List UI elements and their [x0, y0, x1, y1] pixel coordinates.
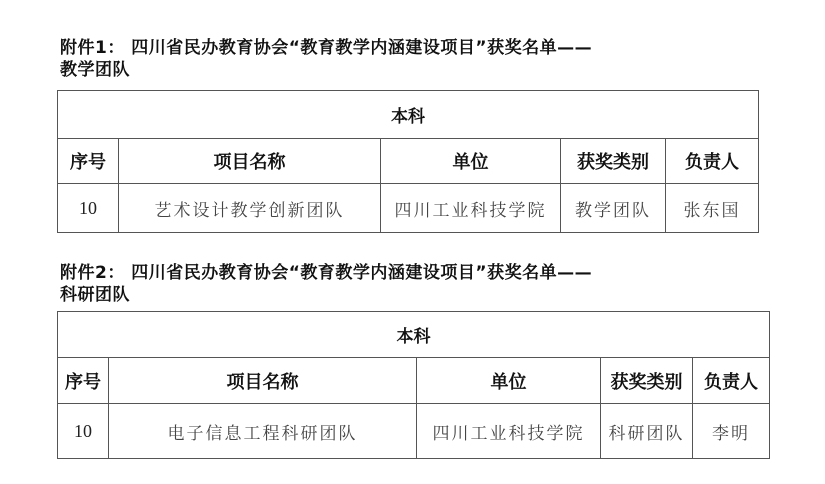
cell-organization: 四川工业科技学院 [381, 184, 561, 233]
cell-person-in-charge: 李明 [693, 404, 770, 459]
attachment-1-title-line2: 教学团队 [60, 59, 592, 81]
cell-serial-number: 10 [58, 404, 109, 459]
header-project-name: 项目名称 [119, 139, 381, 184]
header-project-name: 项目名称 [109, 358, 417, 404]
header-award-category: 获奖类别 [601, 358, 693, 404]
attachment-1-title: 附件1： 四川省民办教育协会“教育教学内涵建设项目”获奖名单—— 教学团队 [60, 37, 592, 81]
header-organization: 单位 [381, 139, 561, 184]
cell-award-category: 科研团队 [601, 404, 693, 459]
research-team-table: 本科 序号 项目名称 单位 获奖类别 负责人 10 电子信息工程科研团队 四川工… [57, 311, 770, 459]
table-header-row: 序号 项目名称 单位 获奖类别 负责人 [58, 358, 770, 404]
table-row: 10 电子信息工程科研团队 四川工业科技学院 科研团队 李明 [58, 404, 770, 459]
cell-project-name: 电子信息工程科研团队 [109, 404, 417, 459]
table-header-row: 序号 项目名称 单位 获奖类别 负责人 [58, 139, 759, 184]
cell-organization: 四川工业科技学院 [417, 404, 601, 459]
cell-project-name: 艺术设计教学创新团队 [119, 184, 381, 233]
cell-award-category: 教学团队 [561, 184, 666, 233]
attachment-2-title-line2: 科研团队 [60, 284, 592, 306]
table-banner-undergraduate: 本科 [58, 312, 770, 358]
header-person-in-charge: 负责人 [666, 139, 759, 184]
table-row: 10 艺术设计教学创新团队 四川工业科技学院 教学团队 张东国 [58, 184, 759, 233]
header-serial-number: 序号 [58, 139, 119, 184]
header-award-category: 获奖类别 [561, 139, 666, 184]
cell-serial-number: 10 [58, 184, 119, 233]
teaching-team-table: 本科 序号 项目名称 单位 获奖类别 负责人 10 艺术设计教学创新团队 四川工… [57, 90, 759, 233]
attachment-2-title-line1: 附件2： 四川省民办教育协会“教育教学内涵建设项目”获奖名单—— [60, 262, 592, 284]
attachment-2-title: 附件2： 四川省民办教育协会“教育教学内涵建设项目”获奖名单—— 科研团队 [60, 262, 592, 306]
attachment-1-title-line1: 附件1： 四川省民办教育协会“教育教学内涵建设项目”获奖名单—— [60, 37, 592, 59]
header-person-in-charge: 负责人 [693, 358, 770, 404]
table-banner-undergraduate: 本科 [58, 91, 759, 139]
header-organization: 单位 [417, 358, 601, 404]
header-serial-number: 序号 [58, 358, 109, 404]
cell-person-in-charge: 张东国 [666, 184, 759, 233]
